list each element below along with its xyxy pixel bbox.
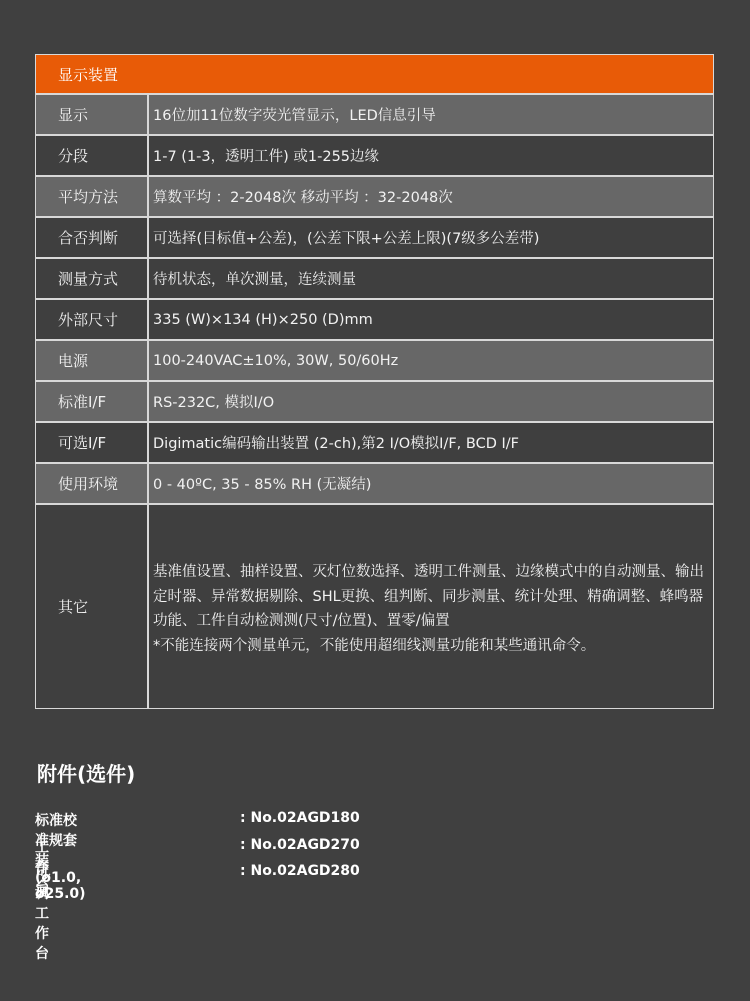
spec-label: 平均方法 xyxy=(36,177,149,216)
spec-row-power: 电源 100-240VAC±10%, 30W, 50/60Hz xyxy=(36,341,713,382)
spec-row-measure-mode: 测量方式 待机状态，单次测量，连续测量 xyxy=(36,259,713,300)
spec-label: 可选I/F xyxy=(36,423,149,462)
spec-value: 基准值设置、抽样设置、灭灯位数选择、透明工件测量、边缘模式中的自动测量、输出定时… xyxy=(149,505,713,708)
accessory-name: 可调工作台 xyxy=(35,863,49,963)
spec-row-optional-if: 可选I/F Digimatic编码输出装置 (2-ch),第2 I/O模拟I/F… xyxy=(36,423,713,464)
spec-table-header: 显示装置 xyxy=(36,55,713,95)
spec-value: 0 - 40ºC, 35 - 85% RH (无凝结) xyxy=(149,464,713,503)
accessory-code: : No.02AGD180 xyxy=(240,810,360,826)
spec-value: RS-232C, 模拟I/O xyxy=(149,382,713,421)
spec-value: 算数平均 ：2-2048次 移动平均 ：32-2048次 xyxy=(149,177,713,216)
spec-value: 1-7 (1-3，透明工件) 或1-255边缘 xyxy=(149,136,713,175)
accessories-title: 附件(选件) xyxy=(37,758,135,787)
accessory-code: : No.02AGD270 xyxy=(240,837,360,853)
spec-label: 显示 xyxy=(36,95,149,134)
spec-row-other: 其它 基准值设置、抽样设置、灭灯位数选择、透明工件测量、边缘模式中的自动测量、输… xyxy=(36,505,713,708)
spec-value: 可选择(目标值+公差)，(公差下限+公差上限)(7级多公差带) xyxy=(149,218,713,257)
spec-table: 显示装置 显示 16位加11位数字荧光管显示，LED信息引导 分段 1-7 (1… xyxy=(35,54,714,709)
spec-row-standard-if: 标准I/F RS-232C, 模拟I/O xyxy=(36,382,713,423)
spec-label: 合否判断 xyxy=(36,218,149,257)
spec-label: 使用环境 xyxy=(36,464,149,503)
spec-row-dimensions: 外部尺寸 335 (W)×134 (H)×250 (D)mm xyxy=(36,300,713,341)
other-features-text: 基准值设置、抽样设置、灭灯位数选择、透明工件测量、边缘模式中的自动测量、输出定时… xyxy=(153,560,711,634)
spec-value: 100-240VAC±10%, 30W, 50/60Hz xyxy=(149,341,713,380)
spec-label: 测量方式 xyxy=(36,259,149,298)
spec-value: 待机状态，单次测量，连续测量 xyxy=(149,259,713,298)
spec-value: 16位加11位数字荧光管显示，LED信息引导 xyxy=(149,95,713,134)
spec-label: 标准I/F xyxy=(36,382,149,421)
spec-value: Digimatic编码输出装置 (2-ch),第2 I/O模拟I/F, BCD … xyxy=(149,423,713,462)
other-note-text: *不能连接两个测量单元，不能使用超细线测量功能和某些通讯命令。 xyxy=(153,634,711,659)
spec-row-judgement: 合否判断 可选择(目标值+公差)，(公差下限+公差上限)(7级多公差带) xyxy=(36,218,713,259)
spec-label: 其它 xyxy=(36,505,149,708)
spec-row-display: 显示 16位加11位数字荧光管显示，LED信息引导 xyxy=(36,95,713,136)
spec-value: 335 (W)×134 (H)×250 (D)mm xyxy=(149,300,713,339)
spec-row-segment: 分段 1-7 (1-3，透明工件) 或1-255边缘 xyxy=(36,136,713,177)
accessory-code: : No.02AGD280 xyxy=(240,863,360,879)
spec-row-environment: 使用环境 0 - 40ºC, 35 - 85% RH (无凝结) xyxy=(36,464,713,505)
spec-label: 外部尺寸 xyxy=(36,300,149,339)
spec-label: 分段 xyxy=(36,136,149,175)
spec-label: 电源 xyxy=(36,341,149,380)
spec-row-averaging: 平均方法 算数平均 ：2-2048次 移动平均 ：32-2048次 xyxy=(36,177,713,218)
